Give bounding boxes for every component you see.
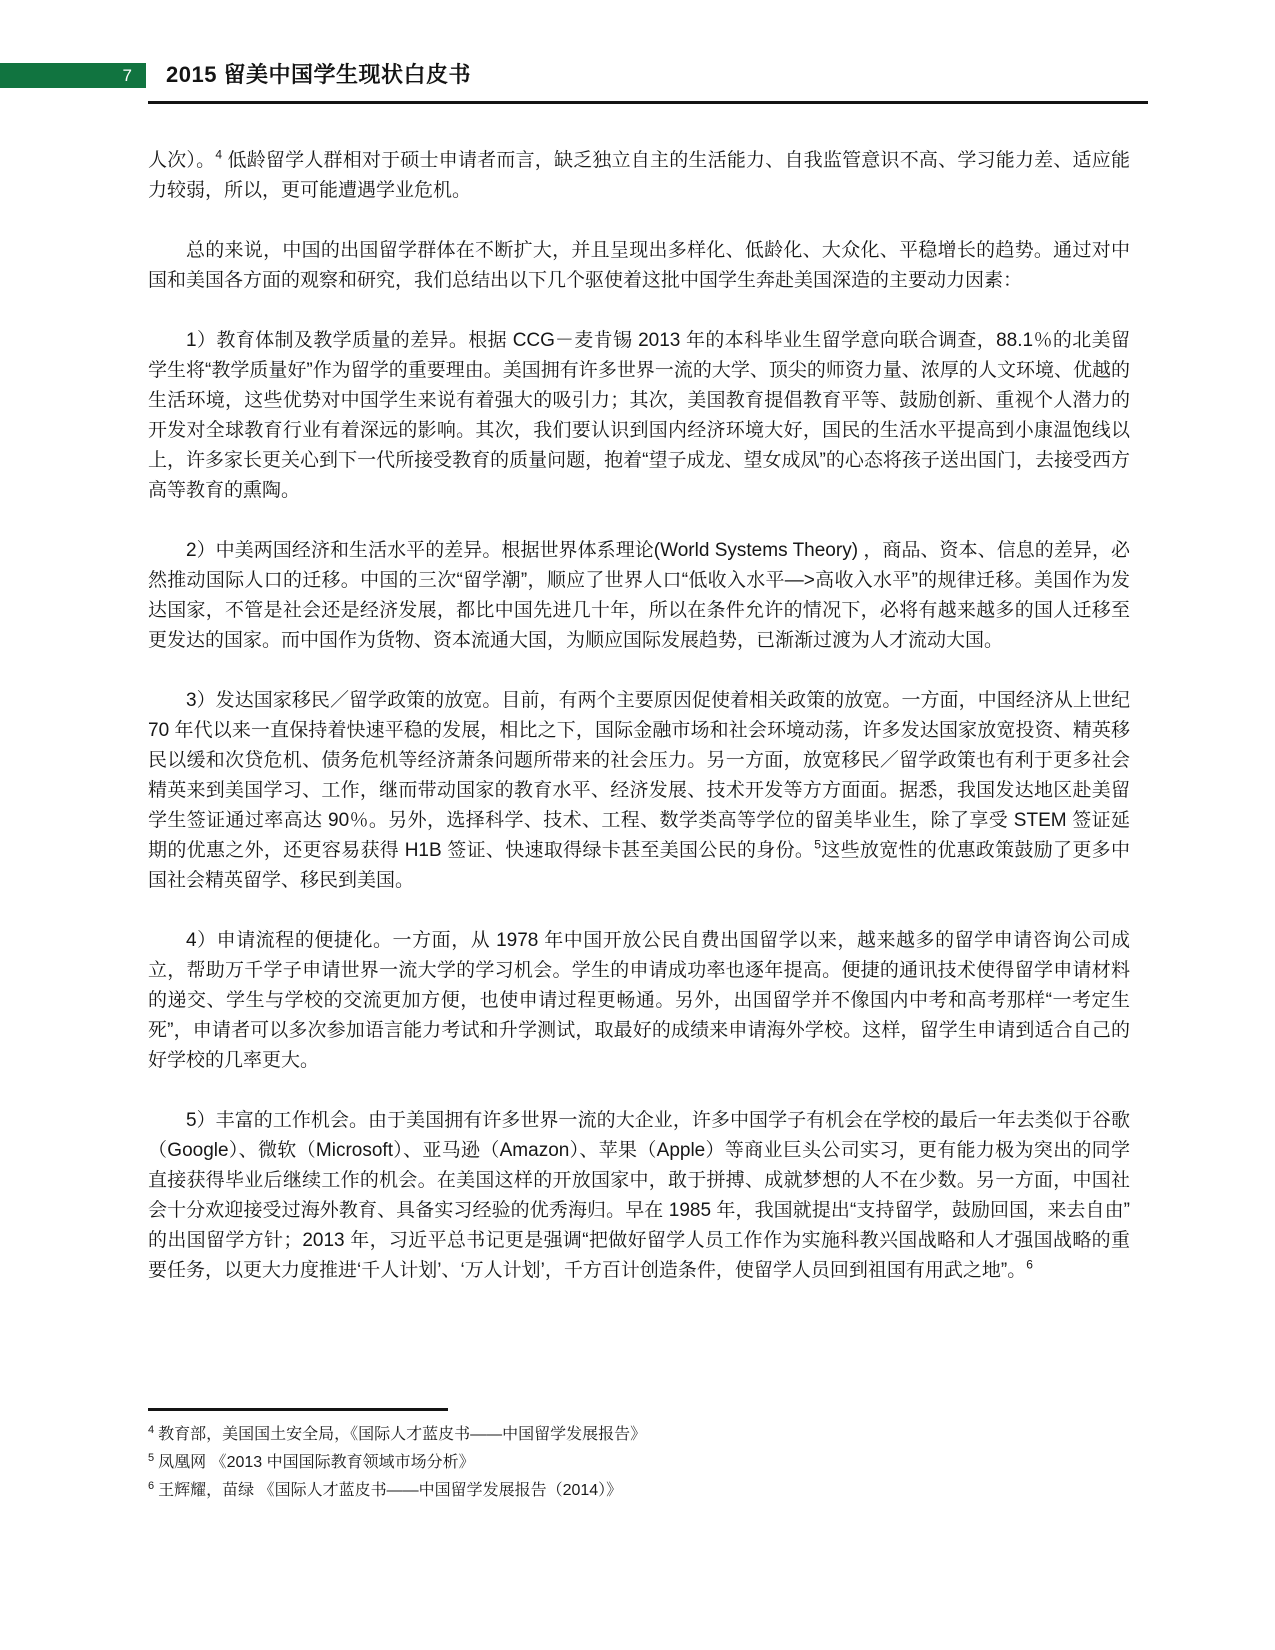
paragraph: 总的来说，中国的出国留学群体在不断扩大，并且呈现出多样化、低龄化、大众化、平稳增… (148, 236, 1130, 296)
footnote: 4教育部，美国国土安全局，《国际人才蓝皮书——中国留学发展报告》 (148, 1421, 1130, 1449)
page-number: 7 (123, 66, 132, 85)
footnote-marker: 4 (148, 1424, 154, 1436)
footnote-marker: 5 (148, 1452, 154, 1464)
paragraph: 2）中美两国经济和生活水平的差异。根据世界体系理论(World Systems … (148, 536, 1130, 656)
footnote: 6王辉耀，苗绿 《国际人才蓝皮书——中国留学发展报告（2014）》 (148, 1477, 1130, 1505)
page-number-band: 7 (0, 63, 146, 88)
footnote-ref: 6 (1026, 1258, 1033, 1272)
body-text: 人次）。4 低龄留学人群相对于硕士申请者而言，缺乏独立自主的生活能力、自我监管意… (148, 146, 1130, 1396)
paragraph: 5）丰富的工作机会。由于美国拥有许多世界一流的大企业，许多中国学子有机会在学校的… (148, 1106, 1130, 1286)
footnote-ref: 5 (814, 838, 821, 852)
paragraph: 1）教育体制及教学质量的差异。根据 CCG－麦肯锡 2013 年的本科毕业生留学… (148, 326, 1130, 506)
footnote-marker: 6 (148, 1480, 154, 1492)
paragraph: 人次）。4 低龄留学人群相对于硕士申请者而言，缺乏独立自主的生活能力、自我监管意… (148, 146, 1130, 206)
footnote-rule (148, 1408, 448, 1411)
paragraph: 3）发达国家移民／留学政策的放宽。目前，有两个主要原因促使着相关政策的放宽。一方… (148, 686, 1130, 896)
footnote: 5凤凰网 《2013 中国国际教育领域市场分析》 (148, 1449, 1130, 1477)
footnote-ref: 4 (215, 148, 222, 162)
title-rule (148, 101, 1148, 104)
footnotes: 4教育部，美国国土安全局，《国际人才蓝皮书——中国留学发展报告》5凤凰网 《20… (148, 1421, 1130, 1505)
document-page: 7 2015 留美中国学生现状白皮书 人次）。4 低龄留学人群相对于硕士申请者而… (0, 0, 1275, 1650)
paragraph: 4）申请流程的便捷化。一方面，从 1978 年中国开放公民自费出国留学以来，越来… (148, 926, 1130, 1076)
document-title: 2015 留美中国学生现状白皮书 (166, 60, 471, 90)
